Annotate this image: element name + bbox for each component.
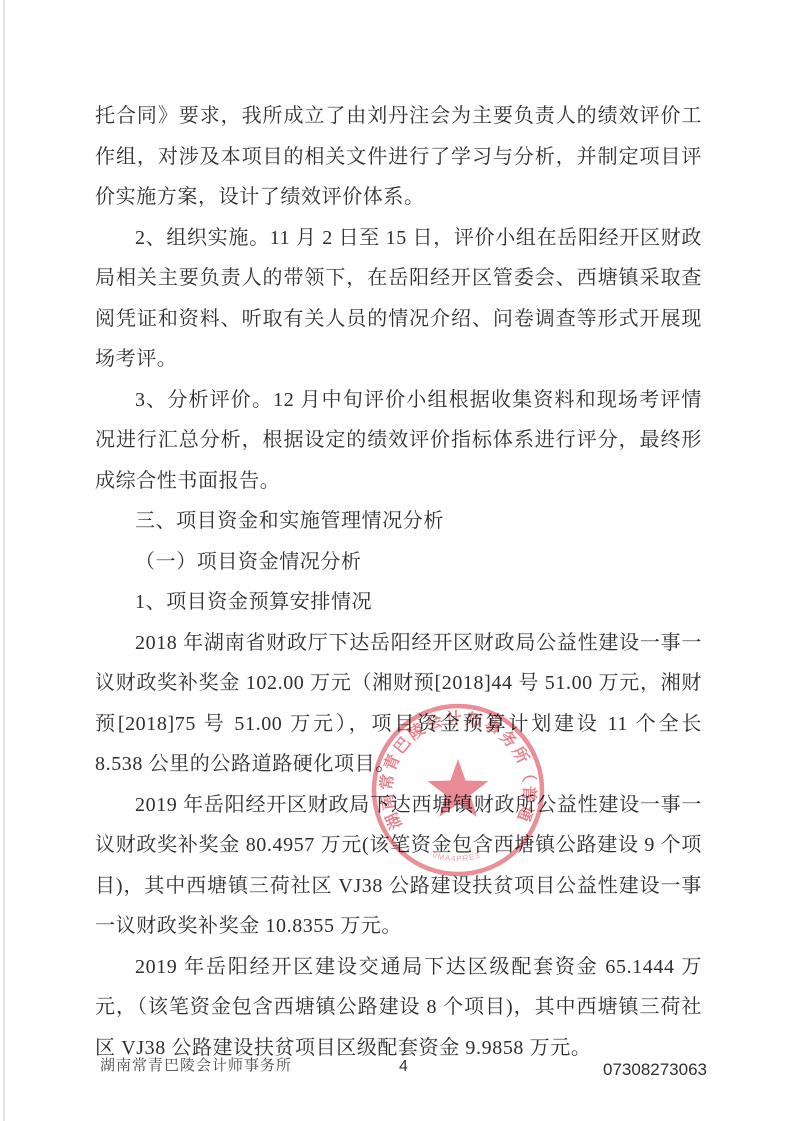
subsection-heading: （一）项目资金情况分析 (95, 542, 702, 583)
paragraph: 2019 年岳阳经开区建设交通局下达区级配套资金 65.1444 万元，（该笔资… (95, 947, 702, 1069)
paragraph: 3、分析评价。12 月中旬评价小组根据收集资料和现场考评情况进行汇总分析，根据设… (95, 380, 702, 502)
footer-firm-name: 湖南常青巴陵会计师事务所 (100, 1054, 292, 1075)
subsection-heading: 1、项目资金预算安排情况 (95, 582, 702, 623)
paragraph: 2、组织实施。11 月 2 日至 15 日，评价小组在岳阳经开区财政局相关主要负… (95, 218, 702, 380)
footer-code: 07308273063 (603, 1060, 707, 1080)
document-page: 托合同》要求，我所成立了由刘丹注会为主要负责人的绩效评价工作组，对涉及本项目的相… (0, 0, 793, 1121)
page-number: 4 (399, 1058, 408, 1076)
section-heading: 三、项目资金和实施管理情况分析 (95, 501, 702, 542)
scan-edge-artifact (3, 0, 5, 1121)
paragraph: 2018 年湖南省财政厅下达岳阳经开区财政局公益性建设一事一议财政奖补奖金 10… (95, 623, 702, 785)
paragraph: 2019 年岳阳经开区财政局下达西塘镇财政所公益性建设一事一议财政奖补奖金 80… (95, 785, 702, 947)
document-body: 托合同》要求，我所成立了由刘丹注会为主要负责人的绩效评价工作组，对涉及本项目的相… (95, 96, 702, 1068)
paragraph-continuation: 托合同》要求，我所成立了由刘丹注会为主要负责人的绩效评价工作组，对涉及本项目的相… (95, 96, 702, 218)
